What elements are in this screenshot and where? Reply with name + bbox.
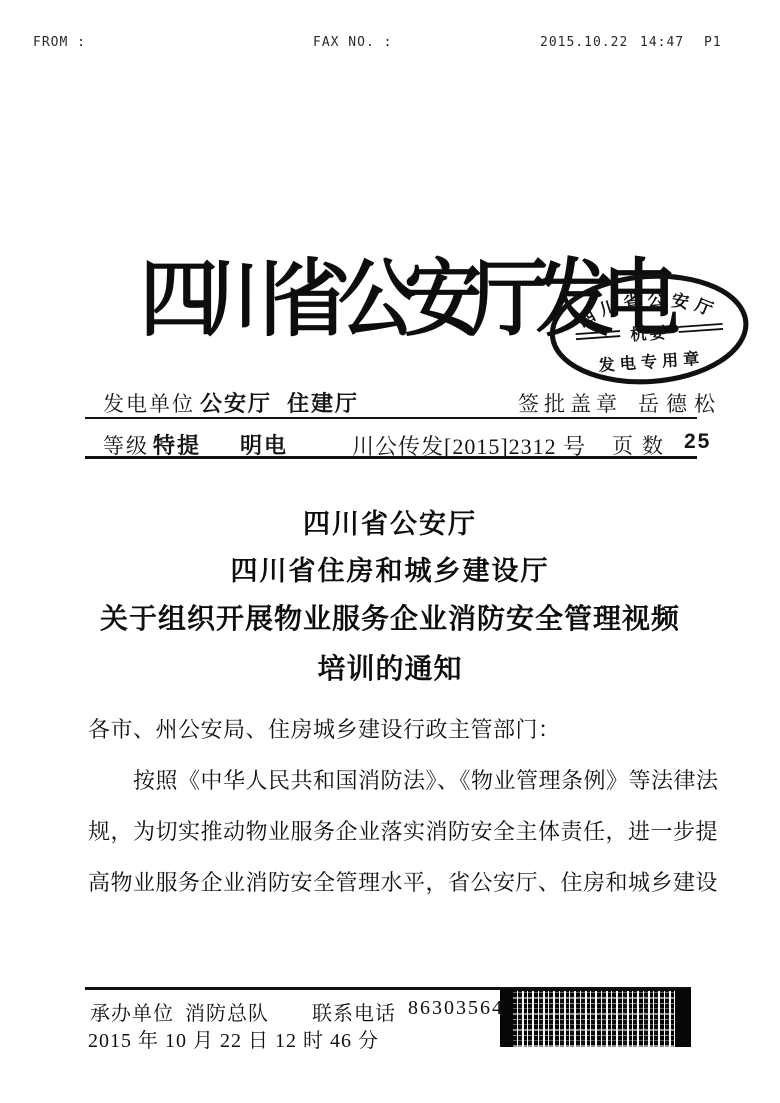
organizer-label: 承办单位 — [90, 997, 174, 1026]
svg-text:四川省公安厅: 四川省公安厅 — [573, 284, 722, 331]
fax-number-label: FAX NO. : — [313, 35, 392, 50]
contact-phone-label: 联系电话 — [312, 997, 396, 1026]
table-divider-line-2 — [85, 456, 697, 459]
official-stamp: 四川省公安厅 机要 发电专用章 — [539, 259, 759, 395]
fax-document-page: FROM : FAX NO. : 2015.10.22 14:47 P1 四川省… — [0, 0, 780, 1103]
fax-page-number: P1 — [704, 35, 722, 50]
doc-title-line-3: 关于组织开展物业服务企业消防安全管理视频 — [0, 597, 780, 637]
fax-from-label: FROM : — [33, 35, 86, 50]
body-line-2: 规，为切实推动物业服务企业落实消防安全主体责任，进一步提 — [88, 815, 708, 846]
signature-name: 岳德松 — [638, 388, 722, 418]
stamp-bottom-text: 发电专用章 — [597, 349, 705, 375]
sent-datetime: 2015 年 10 月 22 日 12 时 46 分 — [88, 1024, 379, 1053]
page-count-value: 25 — [684, 430, 711, 454]
security-barcode — [500, 989, 691, 1047]
doc-title-line-1: 四川省公安厅 — [0, 502, 780, 541]
body-line-1: 按照《中华人民共和国消防法》、《物业管理条例》等法律法 — [88, 764, 708, 795]
sender-unit-label: 发电单位 — [103, 388, 195, 418]
fax-date: 2015.10.22 — [540, 35, 628, 50]
sender-unit-value-2: 住建厅 — [287, 387, 359, 418]
stamp-rule-right-bottom — [679, 329, 723, 332]
table-divider-line-1 — [85, 417, 697, 419]
doc-title-line-4: 培训的通知 — [0, 647, 780, 687]
stamp-middle-text: 机要 — [630, 323, 670, 345]
stamp-rule-right-top — [678, 324, 722, 327]
contact-phone-value: 86303564 — [408, 997, 504, 1020]
doc-title-line-2: 四川省住房和城乡建设厅 — [0, 549, 780, 588]
stamp-rule-left-top — [576, 331, 620, 334]
sender-unit-value-1: 公安厅 — [200, 387, 272, 418]
fax-time: 14:47 — [640, 35, 684, 50]
stamp-arc-text: 四川省公安厅 — [573, 284, 722, 331]
body-line-3: 高物业服务企业消防安全管理水平，省公安厅、住房和城乡建设 — [88, 866, 708, 897]
organizer-value: 消防总队 — [185, 997, 269, 1026]
stamp-rule-left-bottom — [576, 336, 620, 339]
signature-seal-label: 签批盖章 — [518, 388, 622, 418]
salutation-line: 各市、州公安局、住房城乡建设行政主管部门： — [88, 713, 708, 744]
